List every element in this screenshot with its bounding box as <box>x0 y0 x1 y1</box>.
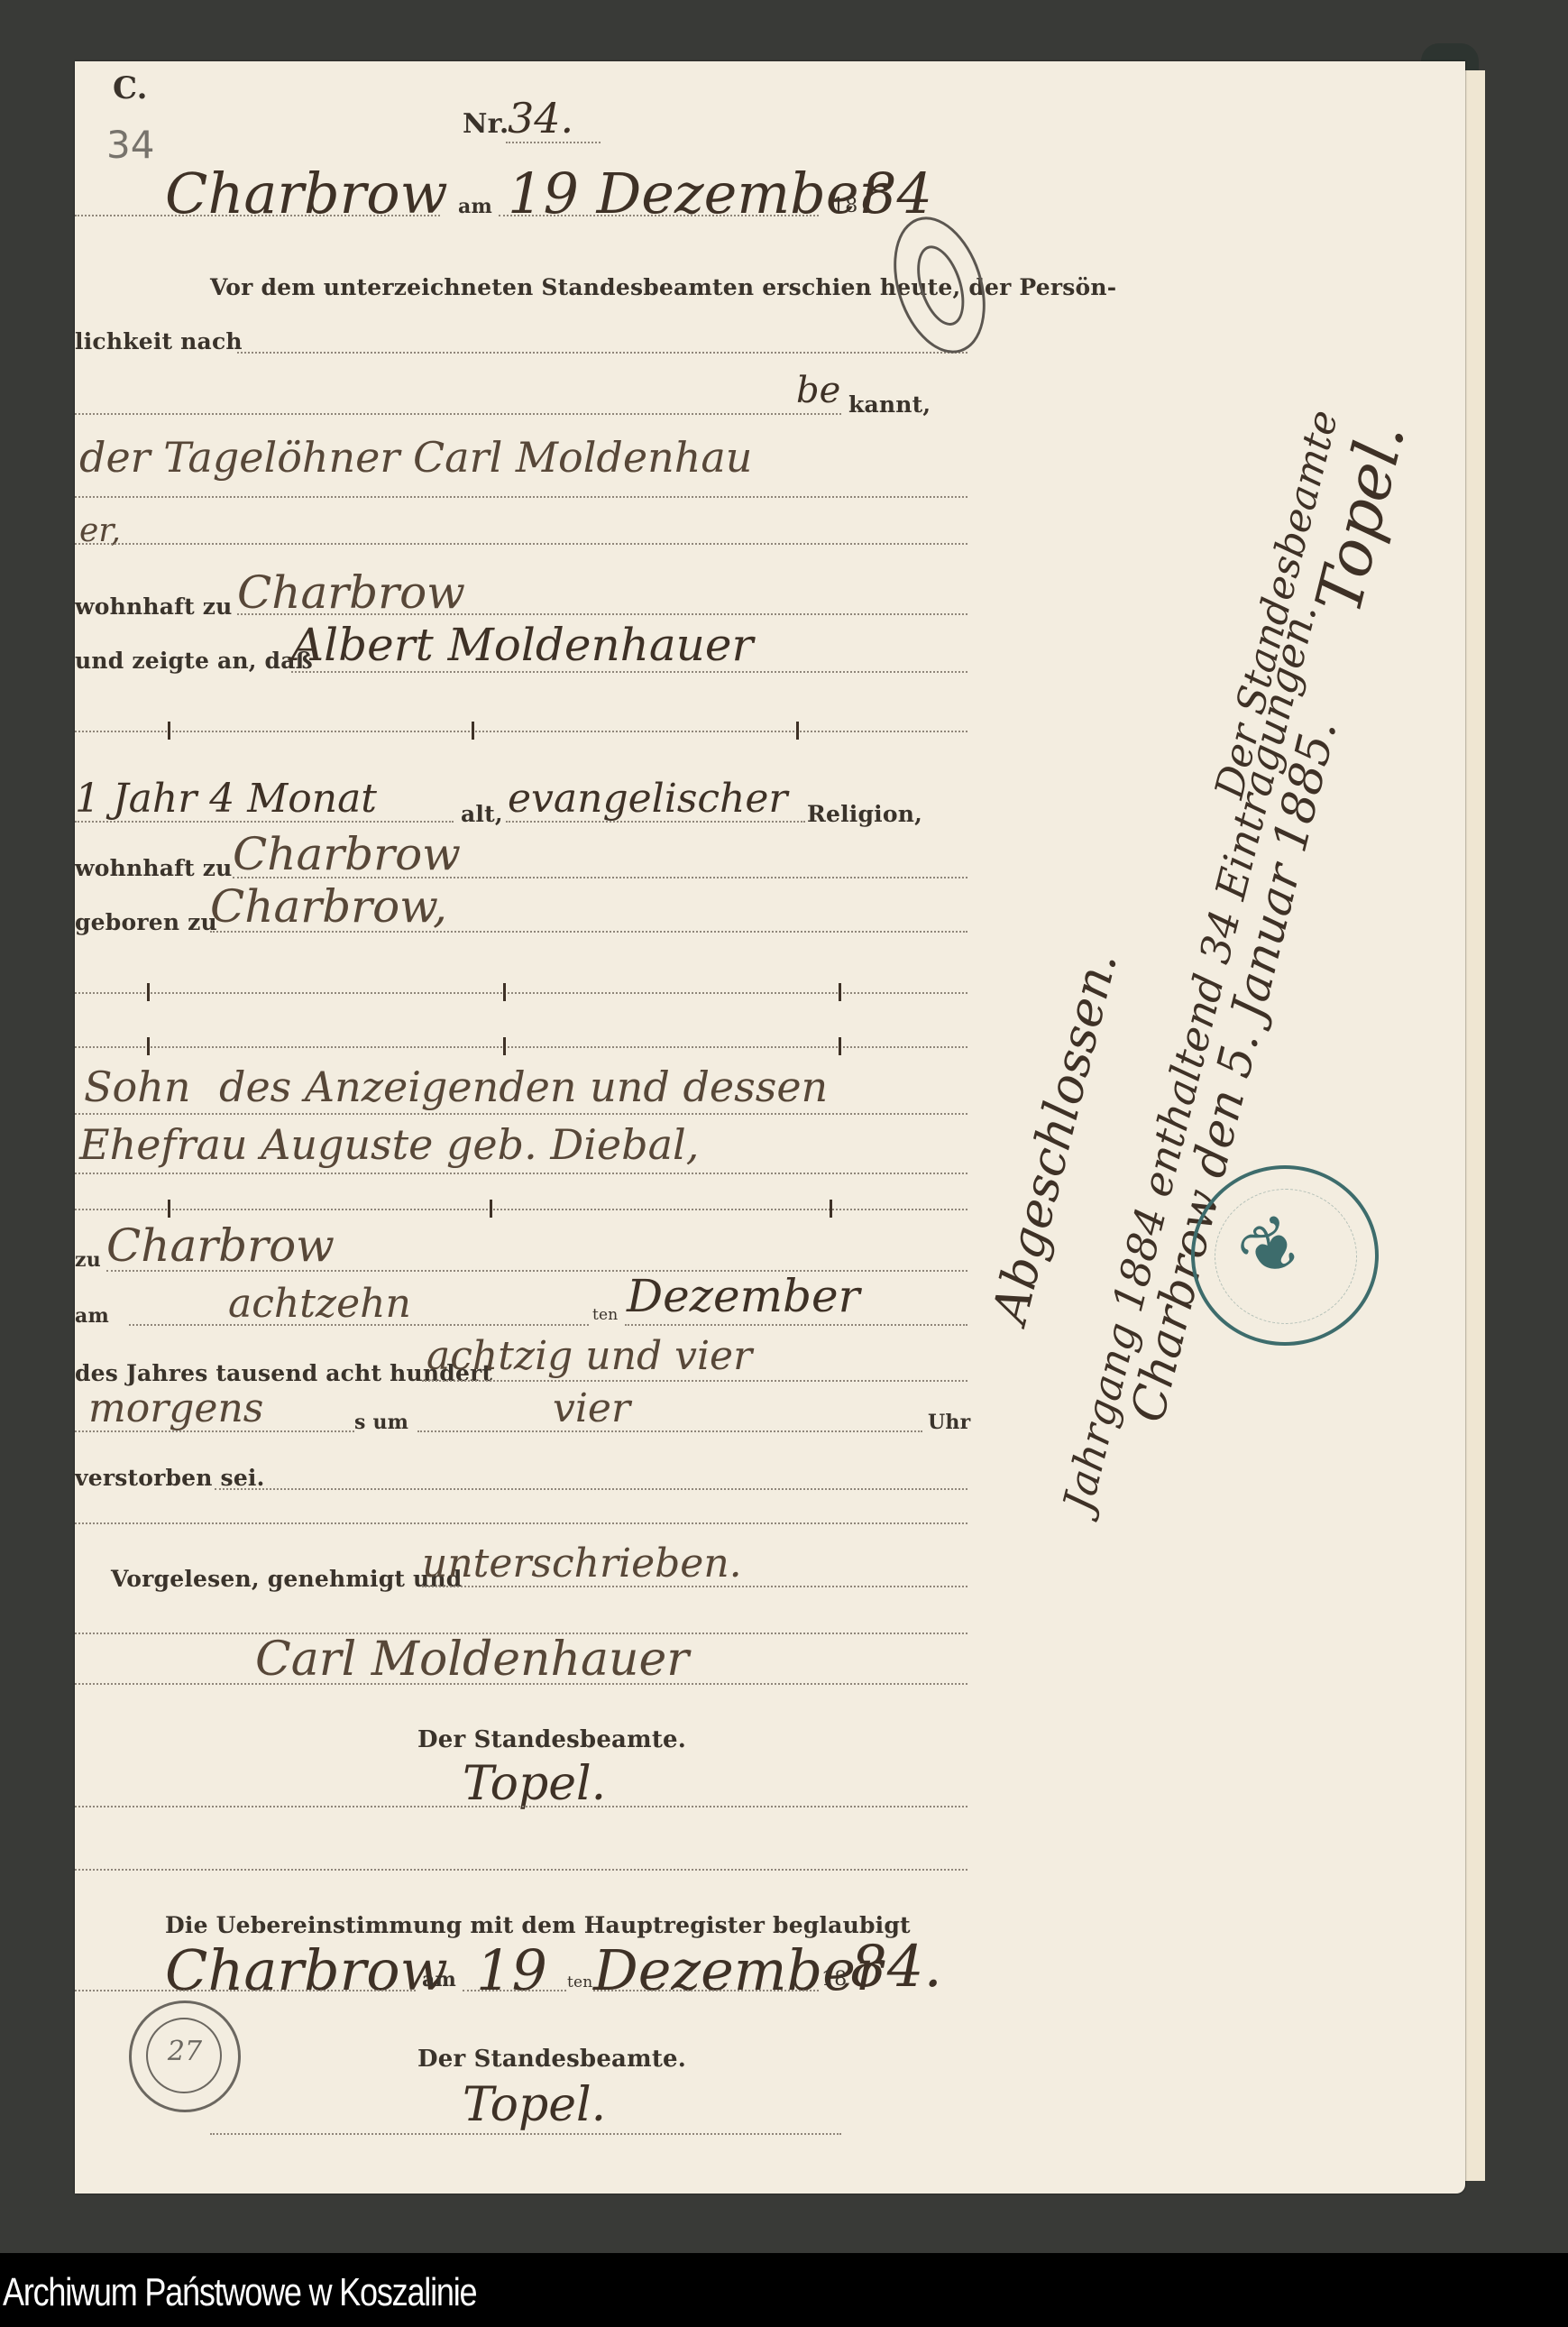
cert-month-rule <box>593 1990 819 1991</box>
died-rule <box>215 1488 967 1490</box>
age-value: 1 Jahr 4 Monat <box>75 776 377 822</box>
header-day-month: 19 Dezember <box>508 161 885 226</box>
religion-rule <box>506 821 805 823</box>
identity-label: lichkeit nach <box>75 328 243 354</box>
register-page: C. 34 Nr. 34. Charbrow am 19 Dezember 18… <box>75 61 1465 2194</box>
archive-oval-stamp <box>877 205 1002 364</box>
approved-value: unterschrieben. <box>422 1541 742 1587</box>
cert-registrar-rule <box>210 2133 841 2135</box>
birthplace-rule <box>210 931 967 933</box>
cert-am: am <box>422 1968 456 1991</box>
tick <box>472 722 474 740</box>
age-rule <box>75 821 454 823</box>
blank-rule-4 <box>75 1209 967 1210</box>
death-day-value: achtzehn <box>228 1281 411 1327</box>
tick <box>503 1037 506 1055</box>
religion-label: Religion, <box>807 801 922 827</box>
tick <box>796 722 799 740</box>
place-line <box>75 215 440 216</box>
residence-value: Charbrow <box>237 566 465 619</box>
tick <box>839 1037 841 1055</box>
deceased-rule <box>291 671 967 673</box>
religion-value: evangelischer <box>508 776 787 822</box>
age-label: alt, <box>461 801 503 827</box>
form-letter: C. <box>113 70 148 106</box>
tick <box>147 1037 150 1055</box>
approved-label: Vorgelesen, genehmigt und <box>111 1566 462 1592</box>
residence-label: wohnhaft zu <box>75 593 233 620</box>
informant-line-rule-2 <box>75 543 967 545</box>
identity-line <box>237 352 967 354</box>
archive-round-stamp: 27 <box>129 2000 241 2112</box>
death-month-value: Dezember <box>627 1270 860 1322</box>
header-am: am <box>458 195 492 218</box>
parents-rule-1 <box>75 1113 967 1115</box>
tick <box>147 983 150 1001</box>
um-label: s um <box>354 1411 408 1434</box>
archive-round-number: 27 <box>132 2036 238 2067</box>
tick <box>168 722 170 740</box>
registrar-title: Der Standesbeamte. <box>417 1726 686 1753</box>
died-label: verstorben sei. <box>75 1465 265 1491</box>
cert-registrar-signature: Topel. <box>463 2078 606 2132</box>
blank-rule-5 <box>75 1522 967 1524</box>
tick <box>503 983 506 1001</box>
informant-line-rule-1 <box>75 496 967 498</box>
header-century: 18 <box>832 195 857 217</box>
death-place-value: Charbrow <box>106 1219 335 1272</box>
bekannt-hand: be <box>796 370 840 411</box>
parents-line-1a: Sohn <box>84 1062 190 1111</box>
tick <box>839 983 841 1001</box>
certification-line: Die Uebereinstimmung mit dem Hauptregist… <box>165 1912 911 1938</box>
registrar-signature: Topel. <box>463 1757 606 1811</box>
death-place-label: zu <box>75 1248 101 1272</box>
deceased-residence-value: Charbrow <box>233 828 461 880</box>
cert-day-rule <box>463 1990 566 1991</box>
nr-value: 34. <box>508 94 573 143</box>
cert-day: 19 <box>476 1937 547 2003</box>
year-rule <box>422 1380 967 1382</box>
informant-signature: Carl Moldenhauer <box>255 1633 689 1687</box>
bekannt-printed: kannt, <box>848 391 931 418</box>
tick <box>168 1200 170 1218</box>
registrar-rule <box>75 1806 967 1807</box>
time-of-day-value: morgens <box>88 1385 263 1431</box>
footer-caption: Archiwum Państwowe w Koszalinie <box>3 2270 476 2315</box>
parents-line-2: Ehefrau Auguste geb. Diebal, <box>79 1120 699 1169</box>
deceased-name: Albert Moldenhauer <box>291 619 753 671</box>
nr-label: Nr. <box>463 108 509 140</box>
death-day-rule <box>129 1324 589 1326</box>
registry-seal-stamp: ❦ K.PR. STANDESAMT CHARBROW • KR. LAUENB… <box>1191 1165 1379 1346</box>
uhr-label: Uhr <box>928 1411 970 1434</box>
birthplace-value: Charbrow, <box>210 880 447 933</box>
approved-rule <box>422 1586 967 1587</box>
signature-rule <box>75 1683 967 1685</box>
parents-line-1b: des Anzeigenden und dessen <box>219 1062 828 1111</box>
death-ten-label: ten <box>592 1306 618 1324</box>
bekannt-line <box>75 413 841 415</box>
margin-note-line-1: Abgeschlossen. <box>981 946 1128 1329</box>
date-line <box>499 215 819 216</box>
blank-rule-1 <box>75 731 967 732</box>
tick <box>490 1200 492 1218</box>
cert-century: 18 <box>821 1968 847 1991</box>
informant-line-1: der Tagelöhner Carl Moldenhau <box>79 433 752 482</box>
header-place: Charbrow <box>165 161 448 226</box>
residence-rule <box>237 613 967 615</box>
cert-year: 84. <box>850 1934 942 2000</box>
death-day-label: am <box>75 1304 109 1328</box>
reported-label: und zeigte an, daß <box>75 648 313 674</box>
deceased-residence-rule <box>233 877 967 878</box>
hour-rule <box>417 1430 922 1432</box>
cert-ten: ten <box>567 1973 592 1991</box>
cert-place: Charbrow <box>165 1937 448 2003</box>
death-month-rule <box>625 1324 967 1326</box>
blank-rule-2 <box>75 992 967 994</box>
hour-value: vier <box>553 1385 630 1431</box>
pencil-number: 34 <box>106 123 154 167</box>
birthplace-label: geboren zu <box>75 909 217 935</box>
time-rule <box>75 1430 354 1432</box>
parents-rule-2 <box>75 1173 967 1174</box>
cert-registrar-title: Der Standesbeamte. <box>417 2046 686 2073</box>
cert-place-rule <box>75 1990 416 1991</box>
deceased-residence-label: wohnhaft zu <box>75 855 233 881</box>
tick <box>830 1200 832 1218</box>
blank-rule-7 <box>75 1869 967 1871</box>
year-value: achtzig und vier <box>426 1333 752 1379</box>
nr-line <box>506 142 601 143</box>
blank-rule-3 <box>75 1046 967 1048</box>
